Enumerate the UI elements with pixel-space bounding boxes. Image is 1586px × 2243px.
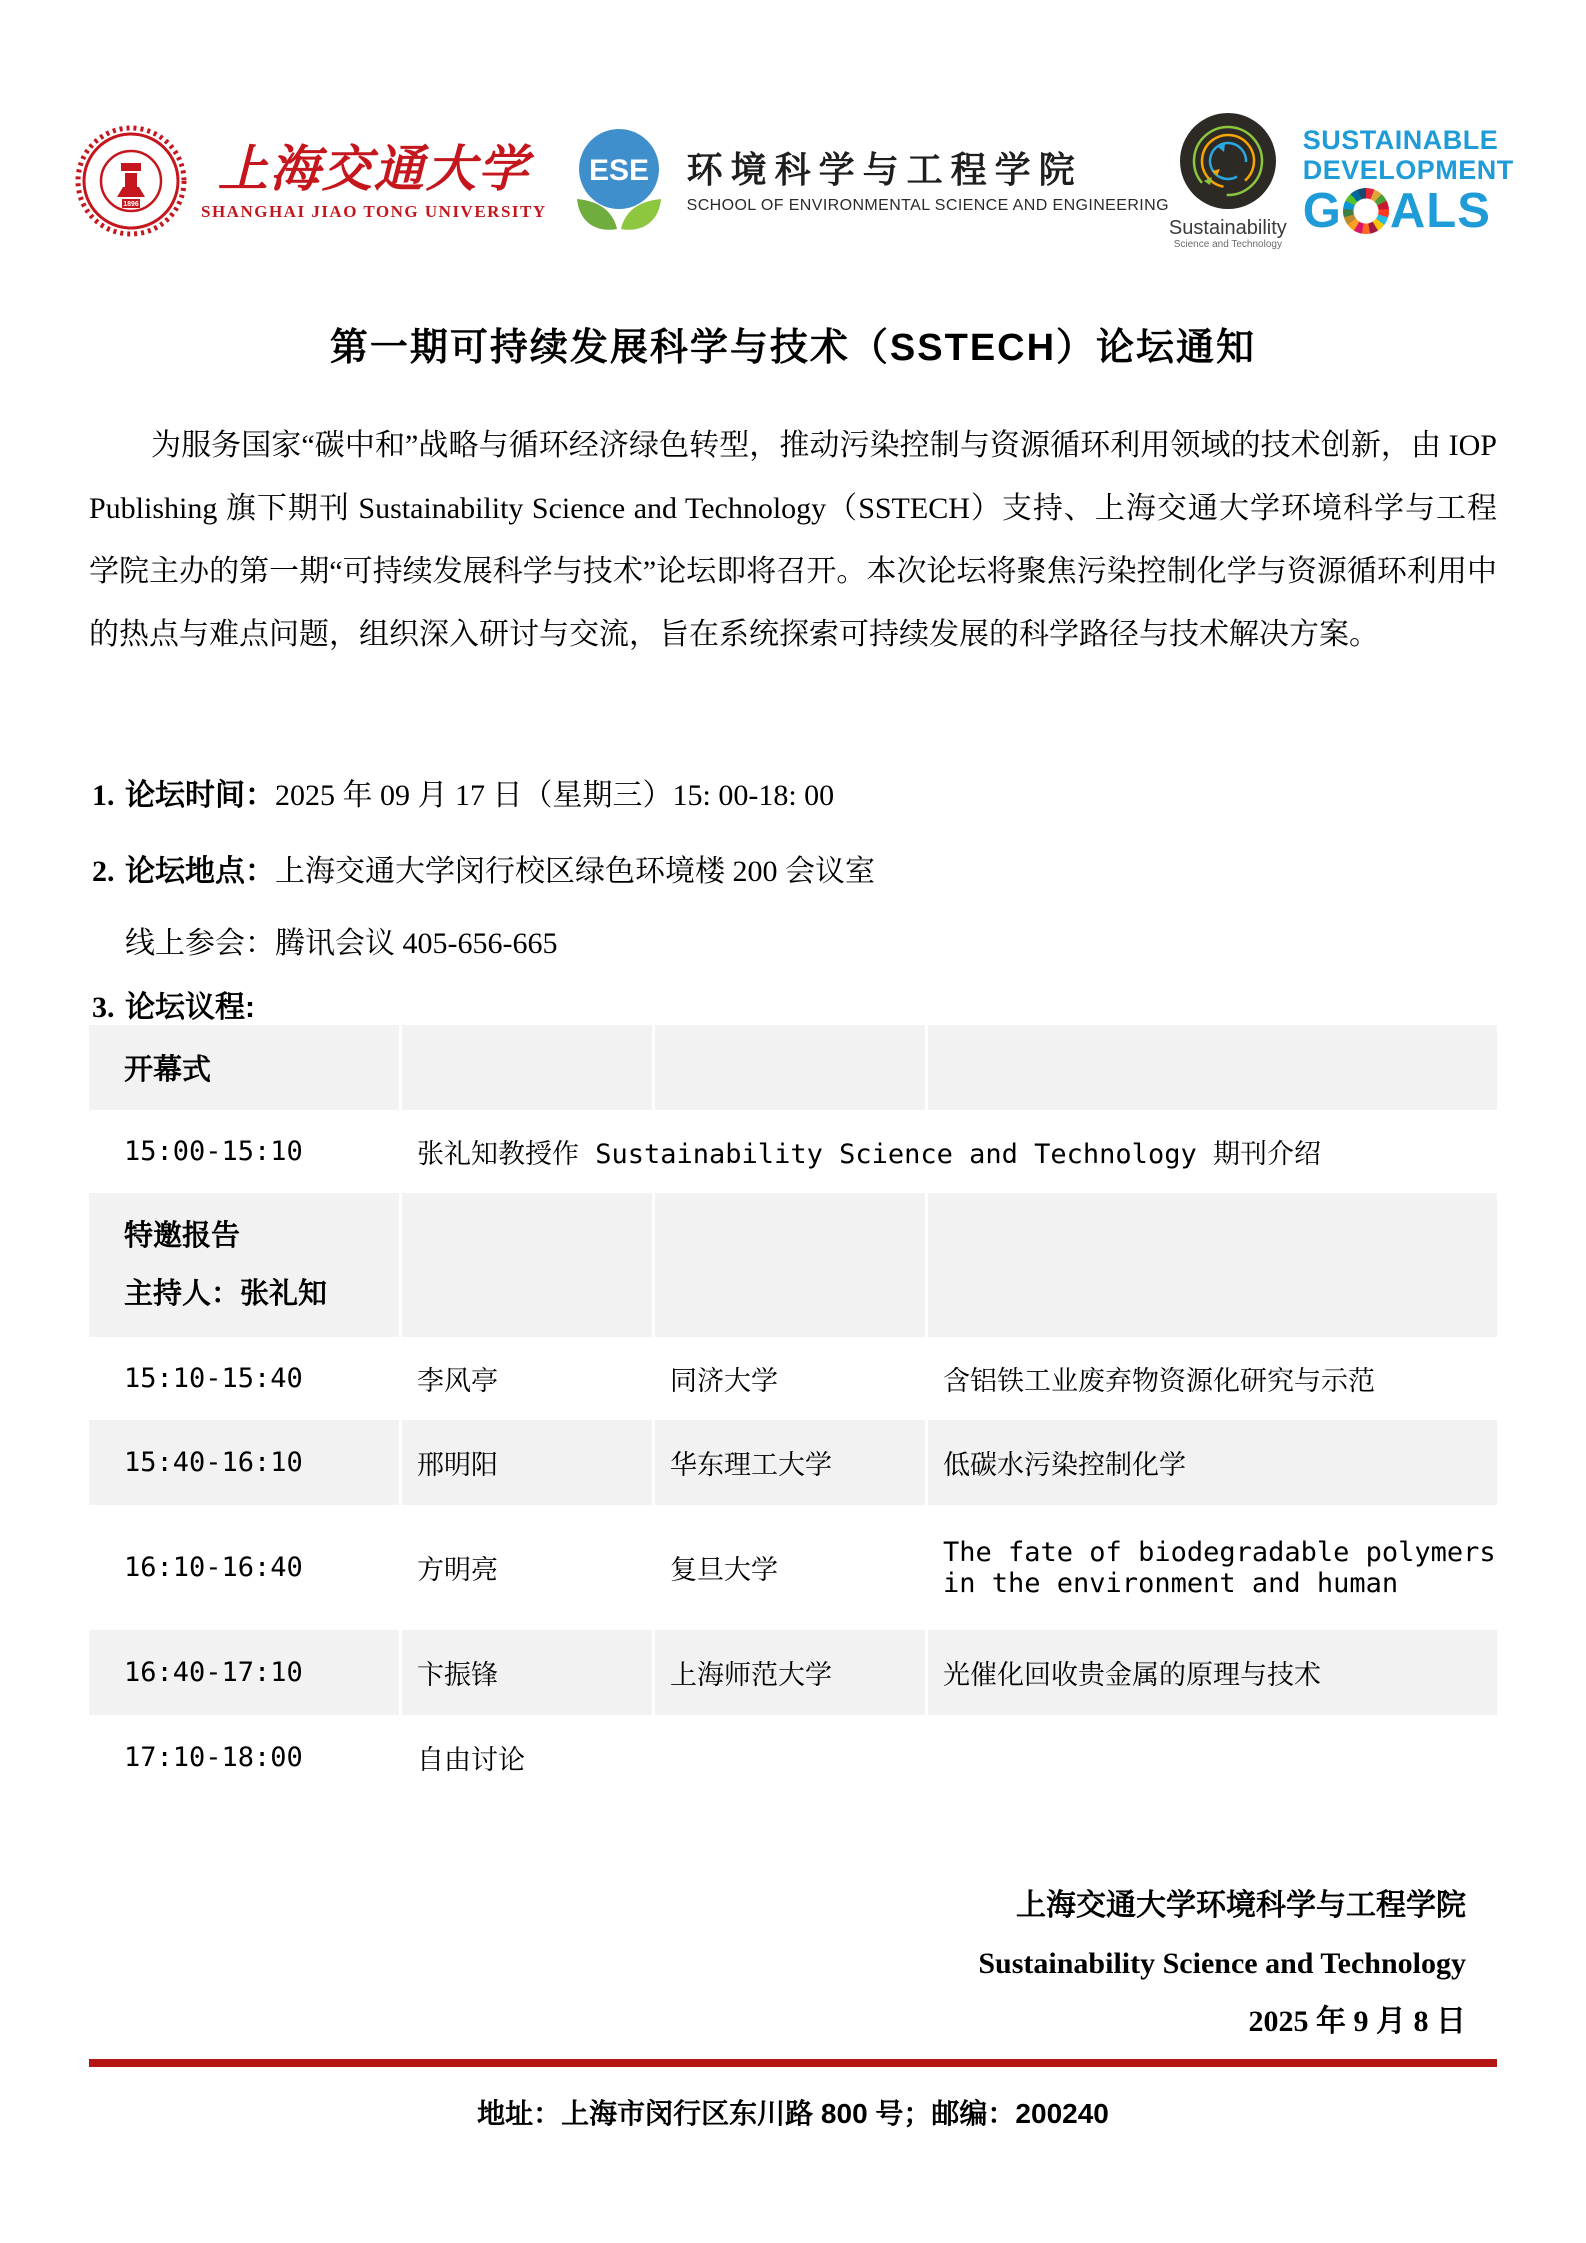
agenda-time: 15:00-15:10 — [89, 1110, 399, 1193]
sst-journal-logo-group: Sustainability Science and Technology — [1169, 111, 1287, 251]
agenda-cell-empty — [928, 1025, 1497, 1110]
item-label: 论坛地点： — [125, 855, 275, 888]
agenda-talk-title: 光催化回收贵金属的原理与技术 — [928, 1630, 1497, 1715]
sjtu-seal-icon: 1896 — [75, 125, 187, 237]
document-page: 1896 上海交通大学 SHANGHAI JIAO TONG UNIVERSIT… — [0, 0, 1586, 2243]
agenda-speaker: 邢明阳 — [402, 1420, 652, 1505]
item-number: 1. — [92, 779, 125, 813]
signature-block: 上海交通大学环境科学与工程学院 Sustainability Science a… — [978, 1877, 1466, 2051]
signature-date: 2025 年 9 月 8 日 — [978, 1993, 1466, 2051]
agenda-cell-empty — [402, 1193, 652, 1337]
agenda-row-invited-header: 特邀报告 主持人：张礼知 — [89, 1193, 1497, 1337]
sst-journal-name: Sustainability — [1169, 217, 1287, 239]
agenda-talk-title: The fate of biodegradable polymers in th… — [928, 1505, 1497, 1630]
agenda-cell-empty — [655, 1025, 925, 1110]
item-forum-place: 2.论坛地点：上海交通大学闵行校区绿色环境楼 200 会议室 — [92, 846, 1492, 890]
chair-label: 主持人：张礼知 — [124, 1265, 327, 1323]
agenda-speaker: 卞振锋 — [402, 1630, 652, 1715]
sdg-goals-rest: ALS — [1390, 185, 1491, 237]
agenda-time: 16:40-17:10 — [89, 1630, 399, 1715]
header-logos: 1896 上海交通大学 SHANGHAI JIAO TONG UNIVERSIT… — [75, 92, 1468, 270]
item-label: 论坛时间： — [125, 779, 275, 812]
sjtu-logo-group: 1896 上海交通大学 SHANGHAI JIAO TONG UNIVERSIT… — [75, 125, 547, 237]
agenda-cell-empty — [402, 1025, 652, 1110]
intro-paragraph: 为服务国家“碳中和”战略与循环经济绿色转型，推动污染控制与资源循环利用领域的技术… — [89, 414, 1497, 666]
agenda-row-talk: 15:10-15:40 李风亭 同济大学 含铝铁工业废弃物资源化研究与示范 — [89, 1337, 1497, 1420]
sdg-line1: SUSTAINABLE — [1303, 125, 1499, 155]
ese-name-en: SCHOOL OF ENVIRONMENTAL SCIENCE AND ENGI… — [687, 197, 1169, 215]
agenda-time: 16:10-16:40 — [89, 1505, 399, 1630]
agenda-row-free-discussion: 17:10-18:00 自由讨论 — [89, 1715, 1497, 1800]
item-value: 上海交通大学闵行校区绿色环境楼 200 会议室 — [275, 855, 875, 888]
item-number: 2. — [92, 855, 125, 889]
agenda-table: 开幕式 15:00-15:10 张礼知教授作 Sustainability Sc… — [89, 1025, 1497, 1800]
agenda-affiliation: 华东理工大学 — [655, 1420, 925, 1505]
ese-name-zh: 环境科学与工程学院 — [687, 147, 1169, 193]
agenda-description: 张礼知教授作 Sustainability Science and Techno… — [402, 1110, 1497, 1193]
item-label: 论坛议程: — [125, 991, 255, 1024]
footer-rule — [89, 2059, 1497, 2067]
agenda-affiliation: 复旦大学 — [655, 1505, 925, 1630]
agenda-row-talk: 15:40-16:10 邢明阳 华东理工大学 低碳水污染控制化学 — [89, 1420, 1497, 1505]
sdg-goals-g: G — [1303, 185, 1342, 237]
ese-logo-group: ESE 环境科学与工程学院 SCHOOL OF ENVIRONMENTAL SC… — [567, 125, 1169, 237]
sst-journal-subtitle: Science and Technology — [1174, 239, 1282, 251]
ese-icon: ESE — [567, 125, 671, 237]
item-online-meeting: 线上参会：腾讯会议 405-656-665 — [125, 918, 557, 962]
ese-name-block: 环境科学与工程学院 SCHOOL OF ENVIRONMENTAL SCIENC… — [687, 147, 1169, 215]
item-forum-agenda: 3.论坛议程: — [92, 982, 1492, 1026]
sjtu-name-block: 上海交通大学 SHANGHAI JIAO TONG UNIVERSITY — [201, 140, 547, 222]
item-number: 3. — [92, 991, 125, 1025]
agenda-row-talk: 16:40-17:10 卞振锋 上海师范大学 光催化回收贵金属的原理与技术 — [89, 1630, 1497, 1715]
agenda-section-title: 特邀报告 主持人：张礼知 — [89, 1193, 399, 1337]
agenda-speaker: 方明亮 — [402, 1505, 652, 1630]
agenda-talk-title: 低碳水污染控制化学 — [928, 1420, 1497, 1505]
page-title: 第一期可持续发展科学与技术（SSTECH）论坛通知 — [0, 316, 1586, 371]
sdg-logo-group: SUSTAINABLE DEVELOPMENT G ALS — [1303, 125, 1514, 237]
sjtu-name-en: SHANGHAI JIAO TONG UNIVERSITY — [201, 202, 547, 222]
signature-organization: 上海交通大学环境科学与工程学院 — [978, 1877, 1466, 1935]
agenda-affiliation: 上海师范大学 — [655, 1630, 925, 1715]
agenda-cell-empty — [655, 1193, 925, 1337]
item-value: 2025 年 09 月 17 日（星期三）15: 00-18: 00 — [275, 779, 834, 812]
agenda-description: 自由讨论 — [402, 1715, 1497, 1800]
agenda-row-opening-header: 开幕式 — [89, 1025, 1497, 1110]
sjtu-name-zh: 上海交通大学 — [218, 140, 530, 198]
agenda-section-title: 开幕式 — [89, 1025, 399, 1110]
sdg-wheel-icon — [1343, 188, 1389, 234]
sst-journal-icon — [1178, 111, 1278, 211]
footer-address: 地址：上海市闵行区东川路 800 号；邮编：200240 — [0, 2092, 1586, 2132]
agenda-speaker: 李风亭 — [402, 1337, 652, 1420]
agenda-row-talk: 16:10-16:40 方明亮 复旦大学 The fate of biodegr… — [89, 1505, 1497, 1630]
agenda-time: 15:10-15:40 — [89, 1337, 399, 1420]
svg-text:ESE: ESE — [589, 154, 649, 187]
sdg-line2: DEVELOPMENT — [1303, 155, 1514, 185]
agenda-talk-title: 含铝铁工业废弃物资源化研究与示范 — [928, 1337, 1497, 1420]
sdg-goals: G ALS — [1303, 185, 1491, 237]
agenda-cell-empty — [928, 1193, 1497, 1337]
agenda-time: 17:10-18:00 — [89, 1715, 399, 1800]
invited-reports-label: 特邀报告 — [124, 1207, 240, 1265]
svg-text:1896: 1896 — [123, 201, 139, 208]
item-forum-time: 1.论坛时间：2025 年 09 月 17 日（星期三）15: 00-18: 0… — [92, 770, 1492, 814]
signature-journal: Sustainability Science and Technology — [978, 1935, 1466, 1993]
agenda-row-opening: 15:00-15:10 张礼知教授作 Sustainability Scienc… — [89, 1110, 1497, 1193]
agenda-time: 15:40-16:10 — [89, 1420, 399, 1505]
agenda-affiliation: 同济大学 — [655, 1337, 925, 1420]
